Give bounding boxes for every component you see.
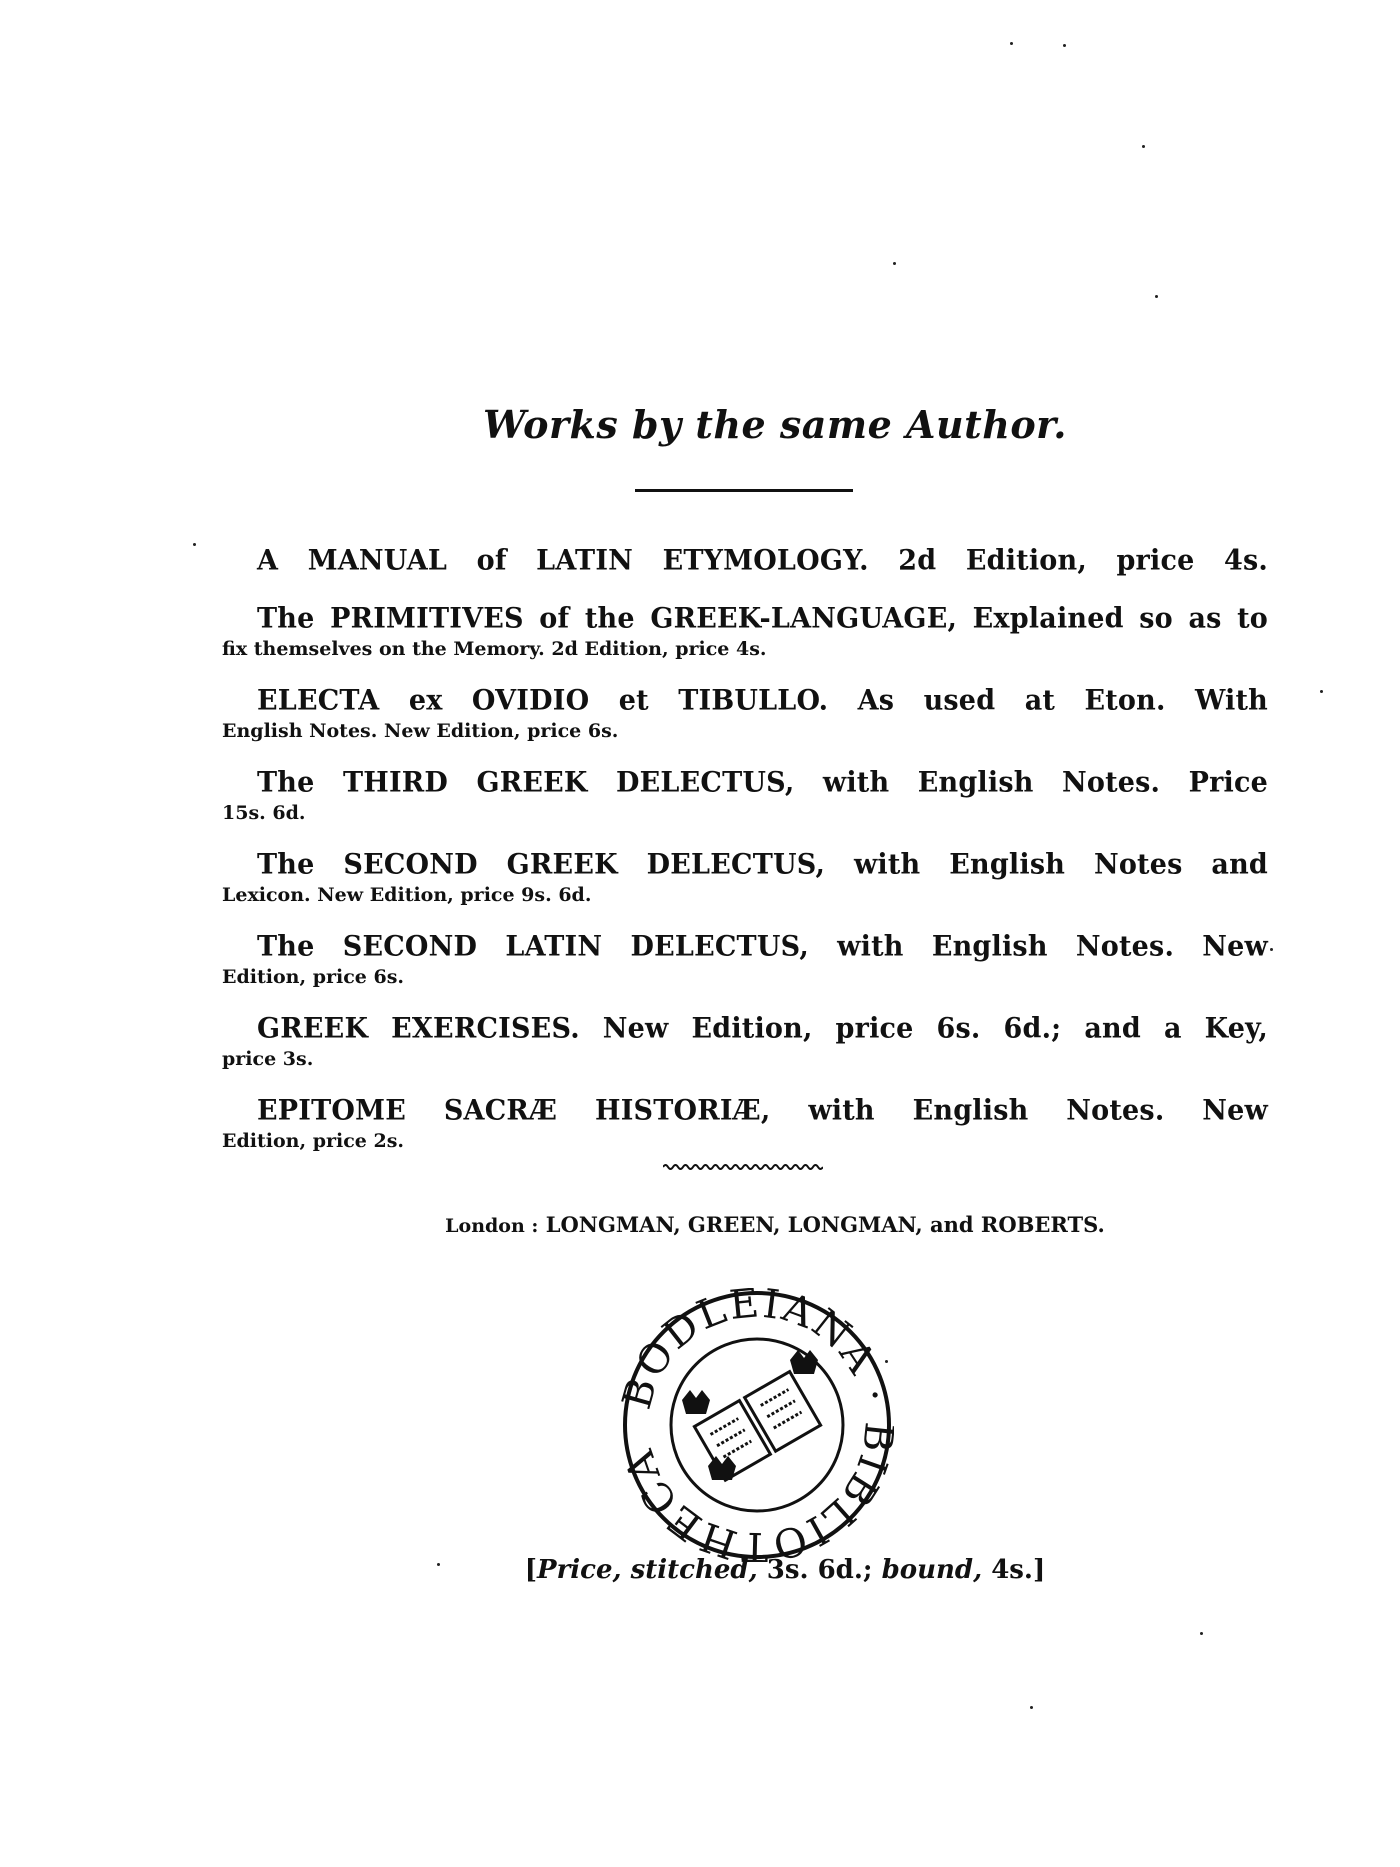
scan-speck [1063,44,1066,47]
work-entry-title: A MANUAL of LATIN ETYMOLOGY. 2d Edition,… [222,542,1268,580]
scan-speck [885,1360,888,1363]
work-entry: GREEK EXERCISES. New Edition, price 6s. … [222,1011,1268,1071]
page-heading: Works by the same Author. [0,402,1400,447]
stitched-price: 3s. 6d. [767,1555,863,1585]
scan-speck [1010,42,1013,45]
work-entry-detail: price 3s. [222,1047,1268,1071]
publisher-names: LONGMAN, GREEN, LONGMAN, and ROBERTS. [546,1212,1105,1237]
work-entry-title: ELECTA ex OVIDIO et TIBULLO. As used at … [222,682,1268,720]
work-entry-detail: fix themselves on the Memory. 2d Edition… [222,637,1268,661]
work-entry: The SECOND GREEK DELECTUS, with English … [222,847,1268,907]
scan-speck [1030,1706,1033,1709]
bodleian-library-stamp-icon: BODLEIANA · BIBLIOTHECA · [620,1288,894,1562]
heading-rule [635,489,853,492]
work-entry-title: GREEK EXERCISES. New Edition, price 6s. … [222,1010,1268,1048]
price-label: Price, stitched, [537,1555,758,1585]
publisher-city: London : [445,1215,538,1237]
wavy-divider [663,1163,823,1171]
work-entry-detail: Lexicon. New Edition, price 9s. 6d. [222,883,1268,907]
work-entry: The SECOND LATIN DELECTUS, with English … [222,929,1268,989]
bracket-open: [ [525,1555,537,1585]
work-entry: EPITOME SACRÆ HISTORIÆ, with English Not… [222,1093,1268,1153]
scan-speck [1320,690,1323,693]
work-entry-detail: English Notes. New Edition, price 6s. [222,719,1268,743]
separator: ; [863,1555,873,1585]
scan-speck [1200,1632,1203,1635]
work-entry-title: The SECOND GREEK DELECTUS, with English … [222,846,1268,884]
work-entry: ELECTA ex OVIDIO et TIBULLO. As used at … [222,683,1268,743]
scan-speck [1142,145,1145,148]
work-entry-title: The SECOND LATIN DELECTUS, with English … [222,928,1268,966]
scan-speck [893,262,896,265]
work-entry-detail: Edition, price 6s. [222,965,1268,989]
scan-speck [437,1563,440,1566]
scan-speck [1270,948,1273,951]
bound-label: bound, [882,1555,983,1585]
work-entry: The PRIMITIVES of the GREEK-LANGUAGE, Ex… [222,601,1268,661]
scan-speck [193,543,196,546]
work-entry: The THIRD GREEK DELECTUS, with English N… [222,765,1268,825]
work-entry: A MANUAL of LATIN ETYMOLOGY. 2d Edition,… [222,543,1268,579]
publisher-line: London : LONGMAN, GREEN, LONGMAN, and RO… [0,1212,1400,1237]
bound-price: 4s. [991,1555,1033,1585]
svg-text:BODLEIANA · BIBLIOTHECA ·: BODLEIANA · BIBLIOTHECA · [620,1288,894,1562]
price-note: [Price, stitched, 3s. 6d.; bound, 4s.] [0,1555,1400,1585]
work-entry-detail: Edition, price 2s. [222,1129,1268,1153]
scan-speck [1155,295,1158,298]
work-entry-detail: 15s. 6d. [222,801,1268,825]
work-entry-title: EPITOME SACRÆ HISTORIÆ, with English Not… [222,1092,1268,1130]
bracket-close: ] [1033,1555,1045,1585]
works-list: A MANUAL of LATIN ETYMOLOGY. 2d Edition,… [222,543,1268,1175]
work-entry-title: The PRIMITIVES of the GREEK-LANGUAGE, Ex… [222,600,1268,638]
work-entry-title: The THIRD GREEK DELECTUS, with English N… [222,764,1268,802]
